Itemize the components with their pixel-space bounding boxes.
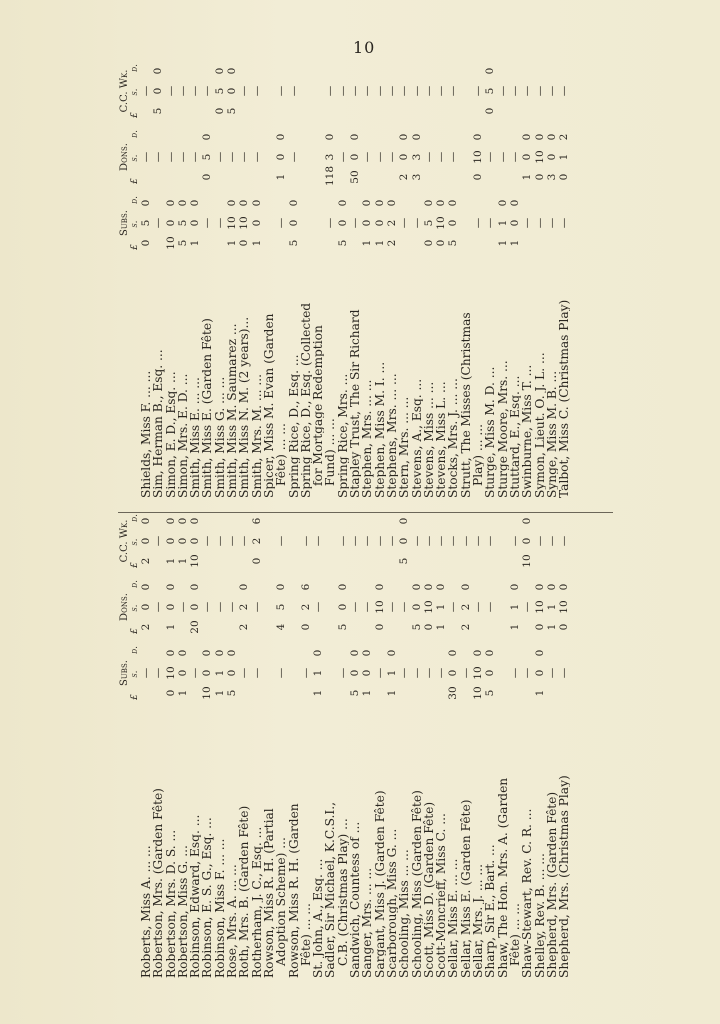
ccwk-amount [300,58,312,124]
subs-amount: — [201,190,213,256]
subscriber-name: Robertson, Miss G. ... [177,706,189,978]
dons-amount: — [472,574,484,640]
ccwk-amount: — [546,508,558,574]
list-row: Stephen, Mrs. ... ...100—— [361,58,373,498]
subscriber-name: Rowson, Miss R. H. (Garden [288,706,300,978]
dons-amount: — [201,574,213,640]
ccwk-amount: — [337,508,349,574]
subs-amount: 110 [497,190,509,256]
subscriber-name: Spring Rice, D., Esq. (Collected [300,256,312,498]
list-row: Roberts, Miss A. ... ...—200200 [140,508,152,978]
list-row: Sim, Herman B., Esq. ...——500 [152,58,164,498]
list-row: Sanger, Mrs. ... ...100—— [361,508,373,978]
ccwk-amount: — [534,508,546,574]
ccwk-amount: — [411,58,423,124]
subs-amount: — [472,190,484,256]
subs-amount: 220 [386,190,398,256]
dons-amount: — [484,574,496,640]
subscriber-name: Sturge, Miss M. D. ... [484,256,496,498]
list-row: Sellar, Miss E. ... ...3000—— [447,508,459,978]
list-row: Sellar, Miss E. (Garden Fête)—220— [460,508,472,978]
subscriber-name: St. John, A., Esq. ... [312,706,324,978]
subs-amount: — [152,640,164,706]
dons-amount: — [361,124,373,190]
dons-amount: 330 [411,124,423,190]
subs-amount: — [521,640,533,706]
ccwk-amount: — [226,508,238,574]
subscriber-name: Strutt, The Misses (Christmas [460,256,472,498]
subscriber-name: Fête) ... ... [275,256,287,498]
list-row: Fund) ... ...—11830— [324,58,336,498]
ccwk-amount: 026 [251,508,263,574]
subs-amount: 0100 [165,640,177,706]
subscriber-name: Adoption Scheme) ... [275,706,287,978]
list-row: Spring Rice, D., Esq. (Collected [300,58,312,498]
ccwk-amount: — [472,508,484,574]
list-row: Rose, Mrs. A. ... ...500—— [226,508,238,978]
subs-amount: — [509,640,521,706]
dons-amount: — [288,124,300,190]
subscriber-name: Stevens, A., Esq. ... [411,256,423,498]
list-row: Sandwich, Countess of ...500—— [349,508,361,978]
dons-amount [288,574,300,640]
ccwk-amount: — [152,508,164,574]
subs-amount: 500 [447,190,459,256]
dons-amount: 220 [460,574,472,640]
ccwk-amount: — [238,508,250,574]
subs-amount: 10100 [472,640,484,706]
ccwk-amount: — [497,58,509,124]
ccwk-amount: — [177,58,189,124]
list-row: Simon, E. D., Esq. ...1000—— [165,58,177,498]
list-row: Sturge, Miss M. D. ...——050 [484,58,496,498]
subscriber-name: Talbot, Miss C. (Christmas Play) [558,256,570,498]
ccwk-amount: — [349,58,361,124]
subscriber-name: for Mortgage Redemption [312,256,324,498]
subscriber-name: Sim, Herman B., Esq. ... [152,256,164,498]
dons-amount: 0100 [534,124,546,190]
list-row: for Mortgage Redemption [312,58,324,498]
subscriber-name: Rose, Mrs. A. ... ... [226,706,238,978]
right-column-list: Subs.£s.d. Dons.£s.d. C.C. Wk.£s.d. Shie… [118,58,570,498]
subs-amount: 1000 [201,640,213,706]
subs-amount: — [558,190,570,256]
column-divider [118,512,613,513]
subs-amount: — [238,640,250,706]
subs-amount: 3000 [447,640,459,706]
list-row: Sargant, Miss J. (Garden Fête)—0100— [374,508,386,978]
ccwk-amount: — [521,58,533,124]
subscriber-name: Simon, E. D., Esq. ... [165,256,177,498]
list-row: Stocks, Mrs. J. ... ...500—— [447,58,459,498]
subs-amount [312,190,324,256]
dons-amount: 0100 [472,124,484,190]
ccwk-amount: — [251,58,263,124]
list-row: Rowson, Miss R. H. (Garden [288,508,300,978]
ccwk-amount: — [435,508,447,574]
ccwk-amount [263,58,275,124]
dons-amount: 450 [275,574,287,640]
dons-amount: 026 [300,574,312,640]
list-row: Smith, Miss E. (Garden Fête)—050— [201,58,213,498]
subscriber-name: Shaw-Stewart, Rev. C. R. ... [521,706,533,978]
ccwk-amount: — [447,58,459,124]
list-row: Shields, Miss F. ... ...050—— [140,58,152,498]
subs-amount: — [324,190,336,256]
column-header: Subs.£s.d. Dons.£s.d. C.C. Wk.£s.d. [118,58,140,498]
list-row: Smith, Mrs. M. ... ...100—— [251,58,263,498]
dons-amount: 0100 [558,574,570,640]
ccwk-amount: — [201,58,213,124]
dons-amount: 050 [201,124,213,190]
list-row: Play) ... ...—0100— [472,58,484,498]
ccwk-amount: — [460,508,472,574]
subs-amount [288,640,300,706]
list-row: Smith, Miss N. M. (2 years)...0100—— [238,58,250,498]
subs-amount: 550 [177,190,189,256]
subs-amount: 100 [374,190,386,256]
subscriber-name: Simon, Mrs. E. D. ... [177,256,189,498]
subscriber-name: Smith, Miss E. ... ... [189,256,201,498]
dons-amount [300,124,312,190]
dons-amount: — [361,574,373,640]
subscriber-name: Sanger, Mrs. ... ... [361,706,373,978]
subscriber-name: Play) ... ... [472,256,484,498]
dons-amount: — [189,124,201,190]
ccwk-amount: — [509,508,521,574]
list-row: Stephens, Mrs. ... ...220—— [386,58,398,498]
ccwk-amount: — [361,508,373,574]
list-row: Stevens, A., Esq. ...—330— [411,58,423,498]
ccwk-amount: — [288,58,300,124]
ccwk-amount: — [398,58,410,124]
subs-amount: 050 [423,190,435,256]
subscriber-name: Shepherd, Mrs. (Christmas Play) [558,706,570,978]
ccwk-amount: 500 [398,508,410,574]
subs-amount [497,640,509,706]
list-row: Talbot, Miss C. (Christmas Play)—012— [558,58,570,498]
ccwk-amount: — [312,508,324,574]
subs-amount: — [189,640,201,706]
subscriber-name: Stocks, Mrs. J. ... ... [447,256,459,498]
left-column-list: Subs.£s.d. Dons.£s.d. C.C. Wk.£s.d. Robe… [118,508,570,978]
subscriber-name: Roth, Mrs. B. (Garden Fête) [238,706,250,978]
dons-amount: — [386,574,398,640]
list-row: Rotherham, J. C., Esq. ...——026 [251,508,263,978]
subs-amount: — [484,190,496,256]
subscriber-name: Smith, Miss N. M. (2 years)... [238,256,250,498]
subscriber-name: Smith, Miss G. ... ... [214,256,226,498]
list-row: Shaw, The Hon. Mrs. A. (Garden [497,508,509,978]
dons-amount: — [447,574,459,640]
subscriber-name: Schooling, Miss ... ... [398,706,410,978]
ccwk-amount: — [165,58,177,124]
list-row: Schooling, Miss ... ...——500 [398,508,410,978]
subscriber-name: Sellar, Miss E. ... ... [447,706,459,978]
list-row: Stuttard, E., Esq. ...100—— [509,58,521,498]
subscriber-name: Schooling, Miss (Garden Fête) [411,706,423,978]
list-row: Swinburne, Miss T. ...—100— [521,58,533,498]
ccwk-amount: — [558,58,570,124]
subscriber-name: Smith, Miss E. (Garden Fête) [201,256,213,498]
list-row: Spring Rice, Mrs. ...500—— [337,58,349,498]
list-row: Stephen, Miss M. I. ...100—— [374,58,386,498]
subs-amount: — [214,190,226,256]
ccwk-amount: — [546,58,558,124]
ccwk-amount: — [472,58,484,124]
subscriber-name: Scott, Miss D. (Garden Fête) [423,706,435,978]
subscriber-name: Rowson, Miss R. H. (Partial [263,706,275,978]
subs-amount: 100 [177,640,189,706]
subs-amount: — [275,190,287,256]
subs-amount [263,640,275,706]
subscriber-name: Sargant, Miss J. (Garden Fête) [374,706,386,978]
subs-amount: — [251,640,263,706]
ccwk-amount: — [361,58,373,124]
subscriber-name: Sharp, Sir E., Bart. ... [484,706,496,978]
list-row: Scott, Miss D. (Garden Fête)—0100— [423,508,435,978]
dons-amount: — [177,124,189,190]
list-row: Smith, Miss M. Saumarez ...1100—500 [226,58,238,498]
list-row: Spring Rice, D., Esq. ...500—— [288,58,300,498]
ccwk-amount: — [300,508,312,574]
list-row: Stapley Trust, The Sir Richard—5000— [349,58,361,498]
subs-amount: 100 [251,190,263,256]
subs-amount: — [411,190,423,256]
subscriber-name: Stuttard, E., Esq. ... [509,256,521,498]
subscriber-name: Stephens, Mrs. ... ... [386,256,398,498]
subs-amount: 1000 [165,190,177,256]
list-row: Synge, Miss M. B. ...—300— [546,58,558,498]
list-row: Scarborough, Miss G. ...110—— [386,508,398,978]
dons-amount: — [386,124,398,190]
ccwk-amount: — [509,58,521,124]
subs-amount: — [423,640,435,706]
dons-amount: — [337,124,349,190]
subscriber-name: Robertson, Mrs. D. S. ... [165,706,177,978]
subs-amount [460,190,472,256]
subs-amount: — [460,640,472,706]
ccwk-amount: 500 [226,58,238,124]
subs-amount [300,190,312,256]
dons-amount: 200 [140,574,152,640]
list-row: Fête) ... ...—110— [509,508,521,978]
ccwk-amount: — [337,58,349,124]
subscriber-name: Shaw, The Hon. Mrs. A. (Garden [497,706,509,978]
dons-amount: 5000 [349,124,361,190]
subscriber-name: Robertson, Mrs. (Garden Fête) [152,706,164,978]
list-row: Symon, Lieut. O. J. L. ...—0100— [534,58,546,498]
column-header: Subs.£s.d. Dons.£s.d. C.C. Wk.£s.d. [118,508,140,978]
dons-amount: — [435,124,447,190]
list-row: Smith, Miss G. ... ...——050 [214,58,226,498]
subs-amount: — [546,640,558,706]
subs-amount: — [152,190,164,256]
subs-amount: — [349,190,361,256]
ccwk-amount: — [447,508,459,574]
subs-amount: — [398,190,410,256]
ccwk-amount: — [140,58,152,124]
ccwk-amount: — [386,58,398,124]
list-row: Shepherd, Mrs. (Christmas Play)—0100— [558,508,570,978]
ccwk-amount: 500 [152,58,164,124]
subs-amount: — [140,640,152,706]
subscriber-name: Fête) ... ... [509,706,521,978]
list-row: Sellar, Mrs. J. ... ...10100—— [472,508,484,978]
ccwk-amount [312,58,324,124]
subscriber-name: Stapley Trust, The Sir Richard [349,256,361,498]
list-row: Smith, Miss E. ... ...100—— [189,58,201,498]
dons-amount: 220 [238,574,250,640]
subscriber-name: Shepherd, Mrs. (Garden Fête) [546,706,558,978]
subscriber-name: Spring Rice, D., Esq. ... [288,256,300,498]
subs-amount: 500 [226,640,238,706]
dons-amount: — [349,574,361,640]
ccwk-amount [497,508,509,574]
dons-amount: — [447,124,459,190]
dons-amount: 100 [275,124,287,190]
subscriber-name: Fund) ... ... [324,256,336,498]
subs-amount: 110 [312,640,324,706]
subscriber-name: Sellar, Miss E. (Garden Fête) [460,706,472,978]
dons-amount [312,124,324,190]
subscriber-name: Stern, Mrs. ... ... [398,256,410,498]
subscriber-name: Sellar, Mrs. J. ... ... [472,706,484,978]
subscriber-name: Scott-Moncrieff, Miss C. ... [435,706,447,978]
dons-amount: — [140,124,152,190]
ccwk-amount: — [374,58,386,124]
subscriber-name: Smith, Mrs. M. ... ... [251,256,263,498]
subscriber-name: Sandwich, Countess of ... [349,706,361,978]
subs-amount: 110 [214,640,226,706]
dons-amount: — [152,124,164,190]
dons-amount: 100 [521,124,533,190]
ccwk-amount: 050 [484,58,496,124]
ccwk-amount: — [423,508,435,574]
subscriber-name: Scarborough, Miss G. ... [386,706,398,978]
list-row: Robertson, Mrs. D. S. ...0100100100 [165,508,177,978]
subs-amount: 100 [361,190,373,256]
list-row: Robertson, Mrs. (Garden Fête)——— [152,508,164,978]
subs-amount: — [435,640,447,706]
list-row: Stevens, Miss L. ...0100—— [435,58,447,498]
ccwk-amount: — [435,58,447,124]
ccwk-amount: — [275,58,287,124]
ccwk-amount [288,508,300,574]
list-row: C.B. (Christmas Play) ...—500— [337,508,349,978]
list-row: Strutt, The Misses (Christmas [460,58,472,498]
dons-amount: — [497,124,509,190]
dons-amount: — [152,574,164,640]
subscriber-name: Stephen, Miss M. I. ... [374,256,386,498]
list-row: Simon, Mrs. E. D. ...550—— [177,58,189,498]
ccwk-amount: 1000 [189,508,201,574]
ccwk-amount: — [238,58,250,124]
dons-amount: — [251,124,263,190]
subs-amount [263,190,275,256]
dons-amount: 110 [509,574,521,640]
ccwk-amount: 100 [177,508,189,574]
dons-amount: 0100 [423,574,435,640]
subs-amount: 100 [534,640,546,706]
dons-amount [263,574,275,640]
subscriber-name: Robinson, Edward, Esq. ... [189,706,201,978]
list-row: Roth, Mrs. B. (Garden Fête)—220— [238,508,250,978]
list-row: Shaw-Stewart, Rev. C. R. ...——1000 [521,508,533,978]
ccwk-amount: — [534,58,546,124]
subs-amount: — [374,640,386,706]
dons-amount: — [214,124,226,190]
subscriber-name: Shields, Miss F. ... ... [140,256,152,498]
dons-amount: 012 [558,124,570,190]
subscriber-name: Spring Rice, Mrs. ... [337,256,349,498]
ccwk-amount: — [558,508,570,574]
dons-amount: 500 [337,574,349,640]
list-row: Robertson, Miss G. ...100—100 [177,508,189,978]
subs-amount: 1100 [226,190,238,256]
subs-amount: 0100 [435,190,447,256]
dons-amount: 300 [546,124,558,190]
ccwk-amount: — [324,58,336,124]
subs-amount: 500 [349,640,361,706]
ccwk-amount: 200 [140,508,152,574]
ccwk-amount: — [349,508,361,574]
dons-amount: — [521,574,533,640]
ccwk-amount: — [411,508,423,574]
subscriber-name: Symon, Lieut. O. J. L. ... [534,256,546,498]
subscriber-name: Synge, Miss M. B. ... [546,256,558,498]
list-row: Sharp, Sir E., Bart. ...500—— [484,508,496,978]
dons-amount: 0100 [374,574,386,640]
subs-amount: — [521,190,533,256]
subs-amount: — [411,640,423,706]
dons-amount [324,574,336,640]
subs-amount: 100 [361,640,373,706]
page-number: 10 [353,38,375,57]
dons-amount: — [484,124,496,190]
subs-amount: 050 [140,190,152,256]
list-row: Sturge Moore, Mrs. ...110—— [497,58,509,498]
list-row: Robinson, Edward, Esq. ...—20001000 [189,508,201,978]
subs-amount: 100 [509,190,521,256]
list-row: Sadler, Sir Michael, K.C.S.I., [324,508,336,978]
ccwk-amount: — [189,58,201,124]
subs-amount: 0100 [238,190,250,256]
dons-amount: — [374,124,386,190]
ccwk-amount: 050 [214,58,226,124]
dons-amount: — [226,124,238,190]
ccwk-amount: — [484,508,496,574]
subs-amount: — [300,640,312,706]
dons-amount: — [177,574,189,640]
subs-amount: — [337,640,349,706]
ccwk-amount [324,508,336,574]
dons-amount [460,124,472,190]
dons-amount: 200 [398,124,410,190]
dons-amount: 100 [165,574,177,640]
ccwk-amount: 100 [165,508,177,574]
subscriber-name: Stevens, Miss ... ... [423,256,435,498]
list-row: Spicer, Miss M. Evan (Garden [263,58,275,498]
subs-amount: — [398,640,410,706]
dons-amount: — [226,574,238,640]
dons-amount: — [509,124,521,190]
dons-amount: — [398,574,410,640]
subscriber-name: Robinson, Miss F. ... ... [214,706,226,978]
list-row: Fête) ... ...—100— [275,58,287,498]
list-row: St. John, A., Esq. ...110—— [312,508,324,978]
subscriber-name: Stevens, Miss L. ... [435,256,447,498]
